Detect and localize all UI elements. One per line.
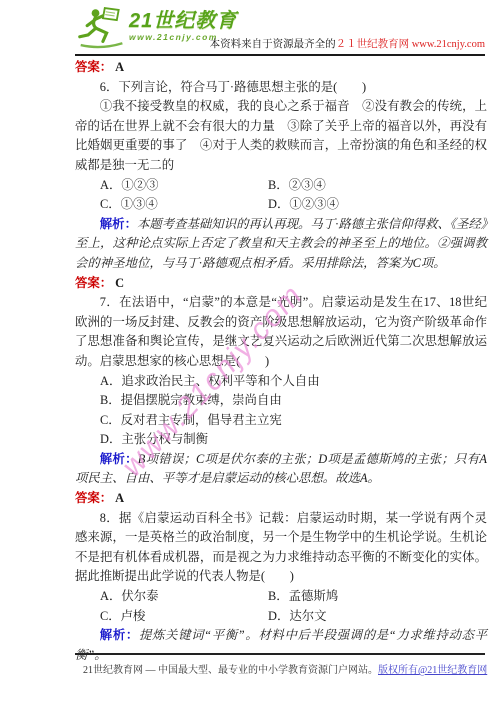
question-6-stem: 6．下列言论，符合马丁·路德思想主张的是( ) [75, 78, 487, 98]
tagline-prefix: 本资料来自于资源最齐全的 [210, 39, 336, 50]
tagline-site-name: ２１世纪教育网 www.21cnjy.com [336, 39, 485, 50]
exam-content: 答案：A 6．下列言论，符合马丁·路德思想主张的是( ) ①我不接受教皇的权威，… [75, 58, 487, 665]
answer-line-q5: 答案：A [75, 58, 487, 78]
question-8-option-d: D．达尔文 [268, 607, 487, 627]
question-8-option-b: B．孟德斯鸠 [268, 587, 487, 607]
question-7-option-d: D．主张分权与制衡 [75, 430, 487, 450]
question-7-option-a: A．追求政治民主、权利平等和个人自由 [75, 372, 487, 392]
header: 21世纪教育 www.21cnjy.com 本资料来自于资源最齐全的２１世纪教育… [75, 5, 485, 56]
question-6-analysis: 解析：本题考查基础知识的再认再现。马丁·路德主张信仰得救、《圣经》至上，这种论点… [75, 215, 487, 274]
header-tagline: 本资料来自于资源最齐全的２１世纪教育网 www.21cnjy.com [210, 36, 485, 51]
answer-line-q6: 答案：C [75, 274, 487, 294]
question-6-option-b: B．②③④ [268, 176, 487, 196]
copyright-link[interactable]: 版权所有@21世纪教育网 [378, 661, 487, 676]
analysis-label: 解析： [100, 628, 139, 642]
footer: 21世纪教育网 — 中国最大型、最专业的中小学教育资源门户网站。 版权所有@21… [75, 653, 485, 676]
brand-name: 21世纪教育 [129, 11, 237, 31]
answer-value: C [115, 276, 124, 290]
question-7-option-b: B．提倡摆脱宗教束缚，崇尚自由 [75, 391, 487, 411]
question-6-items: ①我不接受教皇的权威，我的良心之系于福音 ②没有教会的传统，上帝的话在世界上就不… [75, 97, 487, 175]
question-7-stem: 7．在法语中，“启蒙”的本意是“光明”。启蒙运动是发生在17、18世纪欧洲的一场… [75, 293, 487, 371]
question-6-option-d: D．①②③④ [268, 195, 487, 215]
question-8-options: A．伏尔泰 B．孟德斯鸠 C．卢梭 D．达尔文 [75, 587, 487, 626]
footer-info: 21世纪教育网 — 中国最大型、最专业的中小学教育资源门户网站。 [75, 661, 378, 676]
question-7-analysis: 解析：B项错误；C项是伏尔泰的主张；D项是孟德斯鸠的主张；只有A项民主、自由、平… [75, 450, 487, 489]
analysis-label: 解析： [100, 217, 137, 231]
question-6-options: A．①②③ B．②③④ C．①③④ D．①②③④ [75, 176, 487, 215]
question-8-stem: 8．据《启蒙运动百科全书》记载：启蒙运动时期，某一学说有两个灵感来源，一是英格兰… [75, 509, 487, 587]
answer-label: 答案： [75, 60, 112, 74]
question-8-option-c: C．卢梭 [100, 607, 268, 627]
question-7-option-c: C．反对君主专制，倡导君主立宪 [75, 411, 487, 431]
analysis-label: 解析： [100, 452, 138, 466]
answer-label: 答案： [75, 276, 112, 290]
question-6-option-a: A．①②③ [100, 176, 268, 196]
answer-value: A [115, 60, 124, 74]
runner-with-book-icon [77, 5, 127, 50]
document-page: www.21cnjy.com 21世纪教育 www.21cnjy.com [0, 0, 500, 707]
answer-label: 答案： [75, 491, 112, 505]
question-8-option-a: A．伏尔泰 [100, 587, 268, 607]
analysis-text: 本题考查基础知识的再认再现。马丁·路德主张信仰得救、《圣经》至上，这种论点实际上… [75, 217, 487, 270]
answer-line-q7: 答案：A [75, 489, 487, 509]
question-6-option-c: C．①③④ [100, 195, 268, 215]
answer-value: A [115, 491, 124, 505]
